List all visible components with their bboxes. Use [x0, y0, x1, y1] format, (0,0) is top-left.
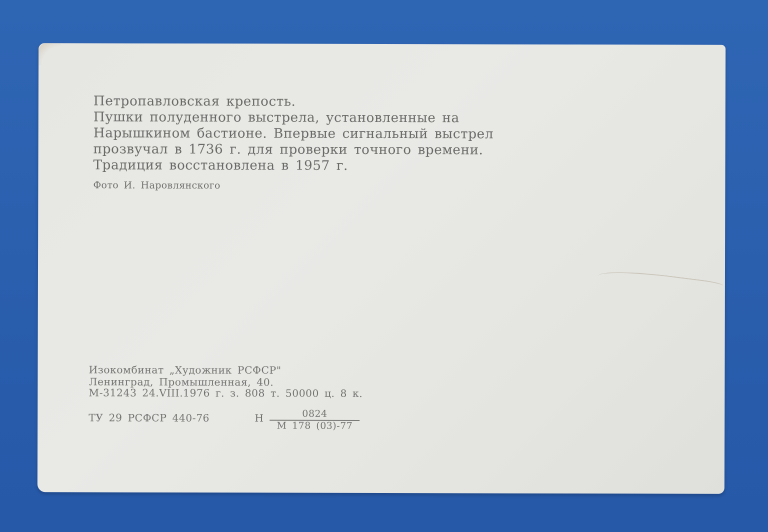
- print-details: М-31243 24.VIII.1976 г. з. 808 т. 50000 …: [89, 388, 363, 400]
- publisher-address: Ленинград, Промышленная, 40.: [89, 377, 363, 389]
- caption-title: Петропавловская крепость.: [93, 94, 493, 111]
- index-fraction: 0824 М 178 (03)-77: [270, 408, 360, 431]
- caption-line: Нарышкином бастионе. Впервые сигнальный …: [93, 126, 493, 143]
- caption-line: прозвучал в 1736 г. для проверки точного…: [93, 142, 493, 159]
- index-prefix: Н: [255, 414, 264, 426]
- standard-row: ТУ 29 РСФСР 440-76 Н 0824 М 178 (03)-77: [89, 408, 363, 432]
- index-denominator: М 178 (03)-77: [270, 419, 360, 431]
- publisher-imprint: Изокомбинат „Художник РСФСР" Ленинград, …: [89, 365, 363, 431]
- publisher-name: Изокомбинат „Художник РСФСР": [89, 365, 363, 377]
- photo-credit: Фото И. Наровлянского: [93, 178, 493, 195]
- photo-caption: Петропавловская крепость. Пушки полуденн…: [93, 94, 493, 195]
- caption-line: Традиция восстановлена в 1957 г.: [93, 158, 493, 175]
- paper-crease: [598, 267, 724, 297]
- index-numerator: 0824: [298, 408, 331, 419]
- technical-standard: ТУ 29 РСФСР 440-76: [89, 413, 255, 425]
- postcard-back: Петропавловская крепость. Пушки полуденн…: [37, 43, 725, 494]
- caption-line: Пушки полуденного выстрела, установленны…: [93, 110, 493, 127]
